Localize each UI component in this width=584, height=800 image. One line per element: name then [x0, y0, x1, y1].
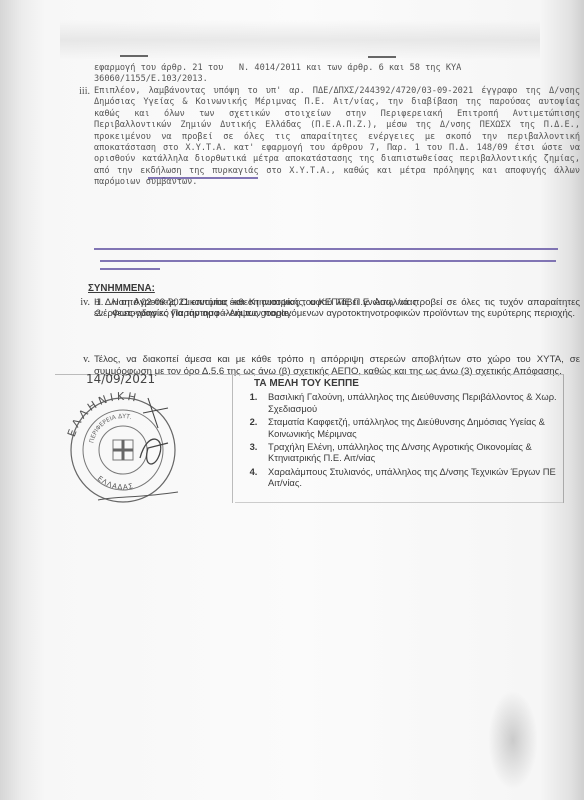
continued-paragraph: εφαρμογή του άρθρ. 21 του Ν. 4014/2011 κ… — [94, 63, 560, 86]
attachments-section: ΣΥΝΗΜΜΕΝΑ: Η από 02-09-2021 επιτόπια έκθ… — [88, 283, 508, 319]
attachment-item: Η από 02-09-2021 επιτόπια έκθεση αυτοψία… — [106, 296, 508, 308]
attachment-item: Φωτογραφικό Παράρτημα – Λήψεις google. — [106, 307, 508, 319]
attachments-title: ΣΥΝΗΜΜΕΝΑ: — [88, 283, 508, 295]
pen-strike-line — [148, 177, 258, 179]
date-stamp: 14/09/2021 — [86, 372, 155, 386]
seal-inner-text: ΠΕΡΙΦΕΡΕΙΑ ΔΥΤ. — [88, 413, 132, 444]
member-item: Σταματία Καφφετζή, υπάλληλος της Διεύθυν… — [260, 416, 560, 439]
item-marker: v. — [74, 354, 90, 365]
continued-line-1: εφαρμογή του άρθρ. 21 του Ν. 4014/2011 κ… — [94, 63, 560, 74]
member-item: Βασιλική Γαλούνη, υπάλληλος της Διεύθυνσ… — [260, 391, 560, 414]
list-item-iii: iii. Επιπλέον, λαμβάνοντας υπόψη το υπ' … — [74, 86, 580, 189]
pen-strike-line — [94, 248, 558, 250]
members-title: ΤΑ ΜΕΛΗ ΤΟΥ ΚΕΠΠΕ — [254, 378, 560, 389]
official-seal-icon: ΕΛΛΗΝΙΚΗ ΠΕΡΙΦΕΡΕΙΑ ΔΥΤ. ΕΛΛΑΔΑΣ — [58, 388, 188, 508]
continued-line-2: 36060/1155/Ε.103/2013. — [94, 74, 560, 85]
seal-bottom-text: ΕΛΛΑΔΑΣ — [96, 475, 135, 492]
redaction-dash — [120, 55, 148, 57]
scan-shadow — [60, 20, 540, 60]
svg-text:ΕΛΛΑΔΑΣ: ΕΛΛΑΔΑΣ — [96, 475, 135, 492]
table-divider — [232, 375, 233, 503]
table-rule — [235, 502, 563, 503]
item-text: Επιπλέον, λαμβάνοντας υπόψη το υπ' αρ. Π… — [94, 86, 580, 187]
pen-underline — [100, 268, 160, 270]
pen-underline — [100, 260, 556, 262]
scanned-page: εφαρμογή του άρθρ. 21 του Ν. 4014/2011 κ… — [0, 0, 584, 800]
redaction-dash — [368, 56, 396, 58]
svg-text:ΠΕΡΙΦΕΡΕΙΑ ΔΥΤ.: ΠΕΡΙΦΕΡΕΙΑ ΔΥΤ. — [88, 413, 132, 444]
item-marker: iii. — [74, 86, 90, 97]
member-item: Χαραλάμπους Στυλιανός, υπάλληλος της Δ/ν… — [260, 466, 560, 489]
scan-smudge — [488, 690, 538, 790]
committee-members: ΤΑ ΜΕΛΗ ΤΟΥ ΚΕΠΠΕ Βασιλική Γαλούνη, υπάλ… — [242, 378, 560, 491]
member-item: Τραχήλη Ελένη, υπάλληλος της Δ/νσης Αγρο… — [260, 441, 560, 464]
